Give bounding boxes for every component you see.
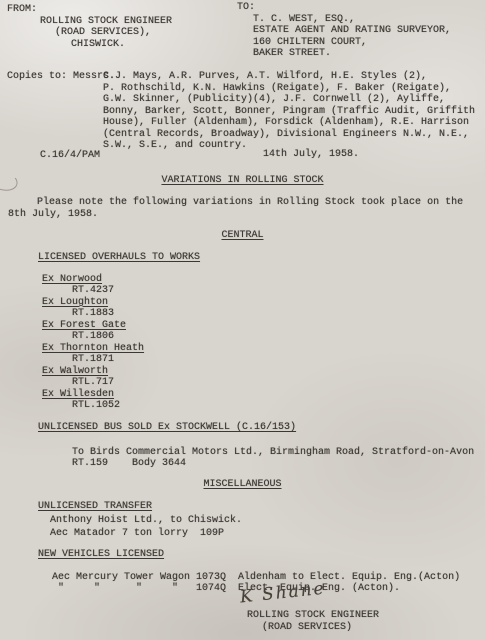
intro-line: 8th July, 1958. [8,209,478,221]
to-line: ESTATE AGENT AND RATING SURVEYOR, [253,25,451,37]
from-line: (ROAD SERVICES), [55,27,172,39]
signature: K Shane [240,584,327,604]
bus-sold-section: UNLICENSED BUS SOLD Ex STOCKWELL (C.16/1… [38,422,474,470]
overhaul-entry: Ex Loughton RT.1883 [38,297,200,320]
overhaul-entry: Ex Willesden RTL.1052 [38,389,200,412]
overhaul-location: Ex Willesden [42,389,200,401]
overhaul-location: Ex Walworth [42,366,200,378]
signature-subtitle: (ROAD SERVICES) [262,622,352,634]
transfer-section: UNLICENSED TRANSFER Anthony Hoist Ltd., … [38,501,242,540]
to-block: TO: T. C. WEST, ESQ., ESTATE AGENT AND R… [237,2,451,60]
overhaul-fleet-number: RTL.1052 [72,400,200,412]
document-date: 14th July, 1958. [263,149,359,161]
overhaul-location: Ex Thornton Heath [42,343,200,355]
central-heading: CENTRAL [0,230,485,242]
overhaul-fleet-number: RTL.717 [72,377,200,389]
bus-sold-buyer: To Birds Commercial Motors Ltd., Birming… [72,447,474,459]
overhaul-entry: Ex Forest Gate RT.1806 [38,320,200,343]
overhaul-entry: Ex Thornton Heath RT.1871 [38,343,200,366]
transfer-line: Anthony Hoist Ltd., to Chiswick. [50,515,242,527]
overhaul-entry: Ex Norwood RT.4237 [38,274,200,297]
to-line: 160 CHILTERN COURT, [253,37,451,49]
bus-sold-heading: UNLICENSED BUS SOLD Ex STOCKWELL (C.16/1… [38,422,474,434]
bus-sold-fleet-body: RT.159 Body 3644 [72,458,474,470]
from-block: FROM: ROLLING STOCK ENGINEER (ROAD SERVI… [7,4,172,50]
to-line: BAKER STREET. [253,48,451,60]
signature-title: ROLLING STOCK ENGINEER [247,610,379,622]
document-page: FROM: ROLLING STOCK ENGINEER (ROAD SERVI… [0,0,485,640]
overhaul-location: Ex Loughton [42,297,200,309]
transfer-line: Aec Matador 7 ton lorry 109P [50,528,242,540]
copies-list: C.J. Mays, A.R. Purves, A.T. Wilford, H.… [103,71,475,152]
to-label: TO: [237,2,451,14]
miscellaneous-heading: MISCELLANEOUS [0,479,485,491]
overhaul-entry: Ex Walworth RTL.717 [38,366,200,389]
copies-line: G.W. Skinner, (Publicity)(4), J.F. Cornw… [103,94,475,106]
overhaul-fleet-number: RT.1883 [72,308,200,320]
reference-number: C.16/4/PAM [40,150,100,162]
overhauls-section: LICENSED OVERHAULS TO WORKS Ex Norwood R… [38,252,200,412]
from-line: ROLLING STOCK ENGINEER [40,16,172,28]
overhaul-fleet-number: RT.1871 [72,354,200,366]
from-label: FROM: [7,4,172,16]
new-vehicles-heading: NEW VEHICLES LICENSED [38,549,460,561]
document-title: VARIATIONS IN ROLLING STOCK [0,175,485,187]
copies-line: Bonny, Barker, Scott, Bonner, Pingram (T… [103,106,475,118]
copies-line: (Central Records, Broadway), Divisional … [103,129,475,141]
copies-line: C.J. Mays, A.R. Purves, A.T. Wilford, H.… [103,71,475,83]
overhaul-location: Ex Norwood [42,274,200,286]
transfer-heading: UNLICENSED TRANSFER [38,501,242,513]
overhaul-fleet-number: RT.4237 [72,285,200,297]
intro-line: Please note the following variations in … [8,197,478,209]
copies-line: P. Rothschild, K.N. Hawkins (Reigate), F… [103,83,475,95]
copies-line: House), Fuller (Aldenham), Forsdick (Ald… [103,117,475,129]
from-line: CHISWICK. [71,39,172,51]
to-line: T. C. WEST, ESQ., [253,14,451,26]
intro-paragraph: Please note the following variations in … [8,197,478,220]
copies-label: Copies to: Messrs. [7,71,115,83]
overhauls-heading: LICENSED OVERHAULS TO WORKS [38,252,200,264]
overhaul-fleet-number: RT.1806 [72,331,200,343]
overhaul-location: Ex Forest Gate [42,320,200,332]
new-vehicle-line: Aec Mercury Tower Wagon 1073Q Aldenham t… [52,572,460,584]
